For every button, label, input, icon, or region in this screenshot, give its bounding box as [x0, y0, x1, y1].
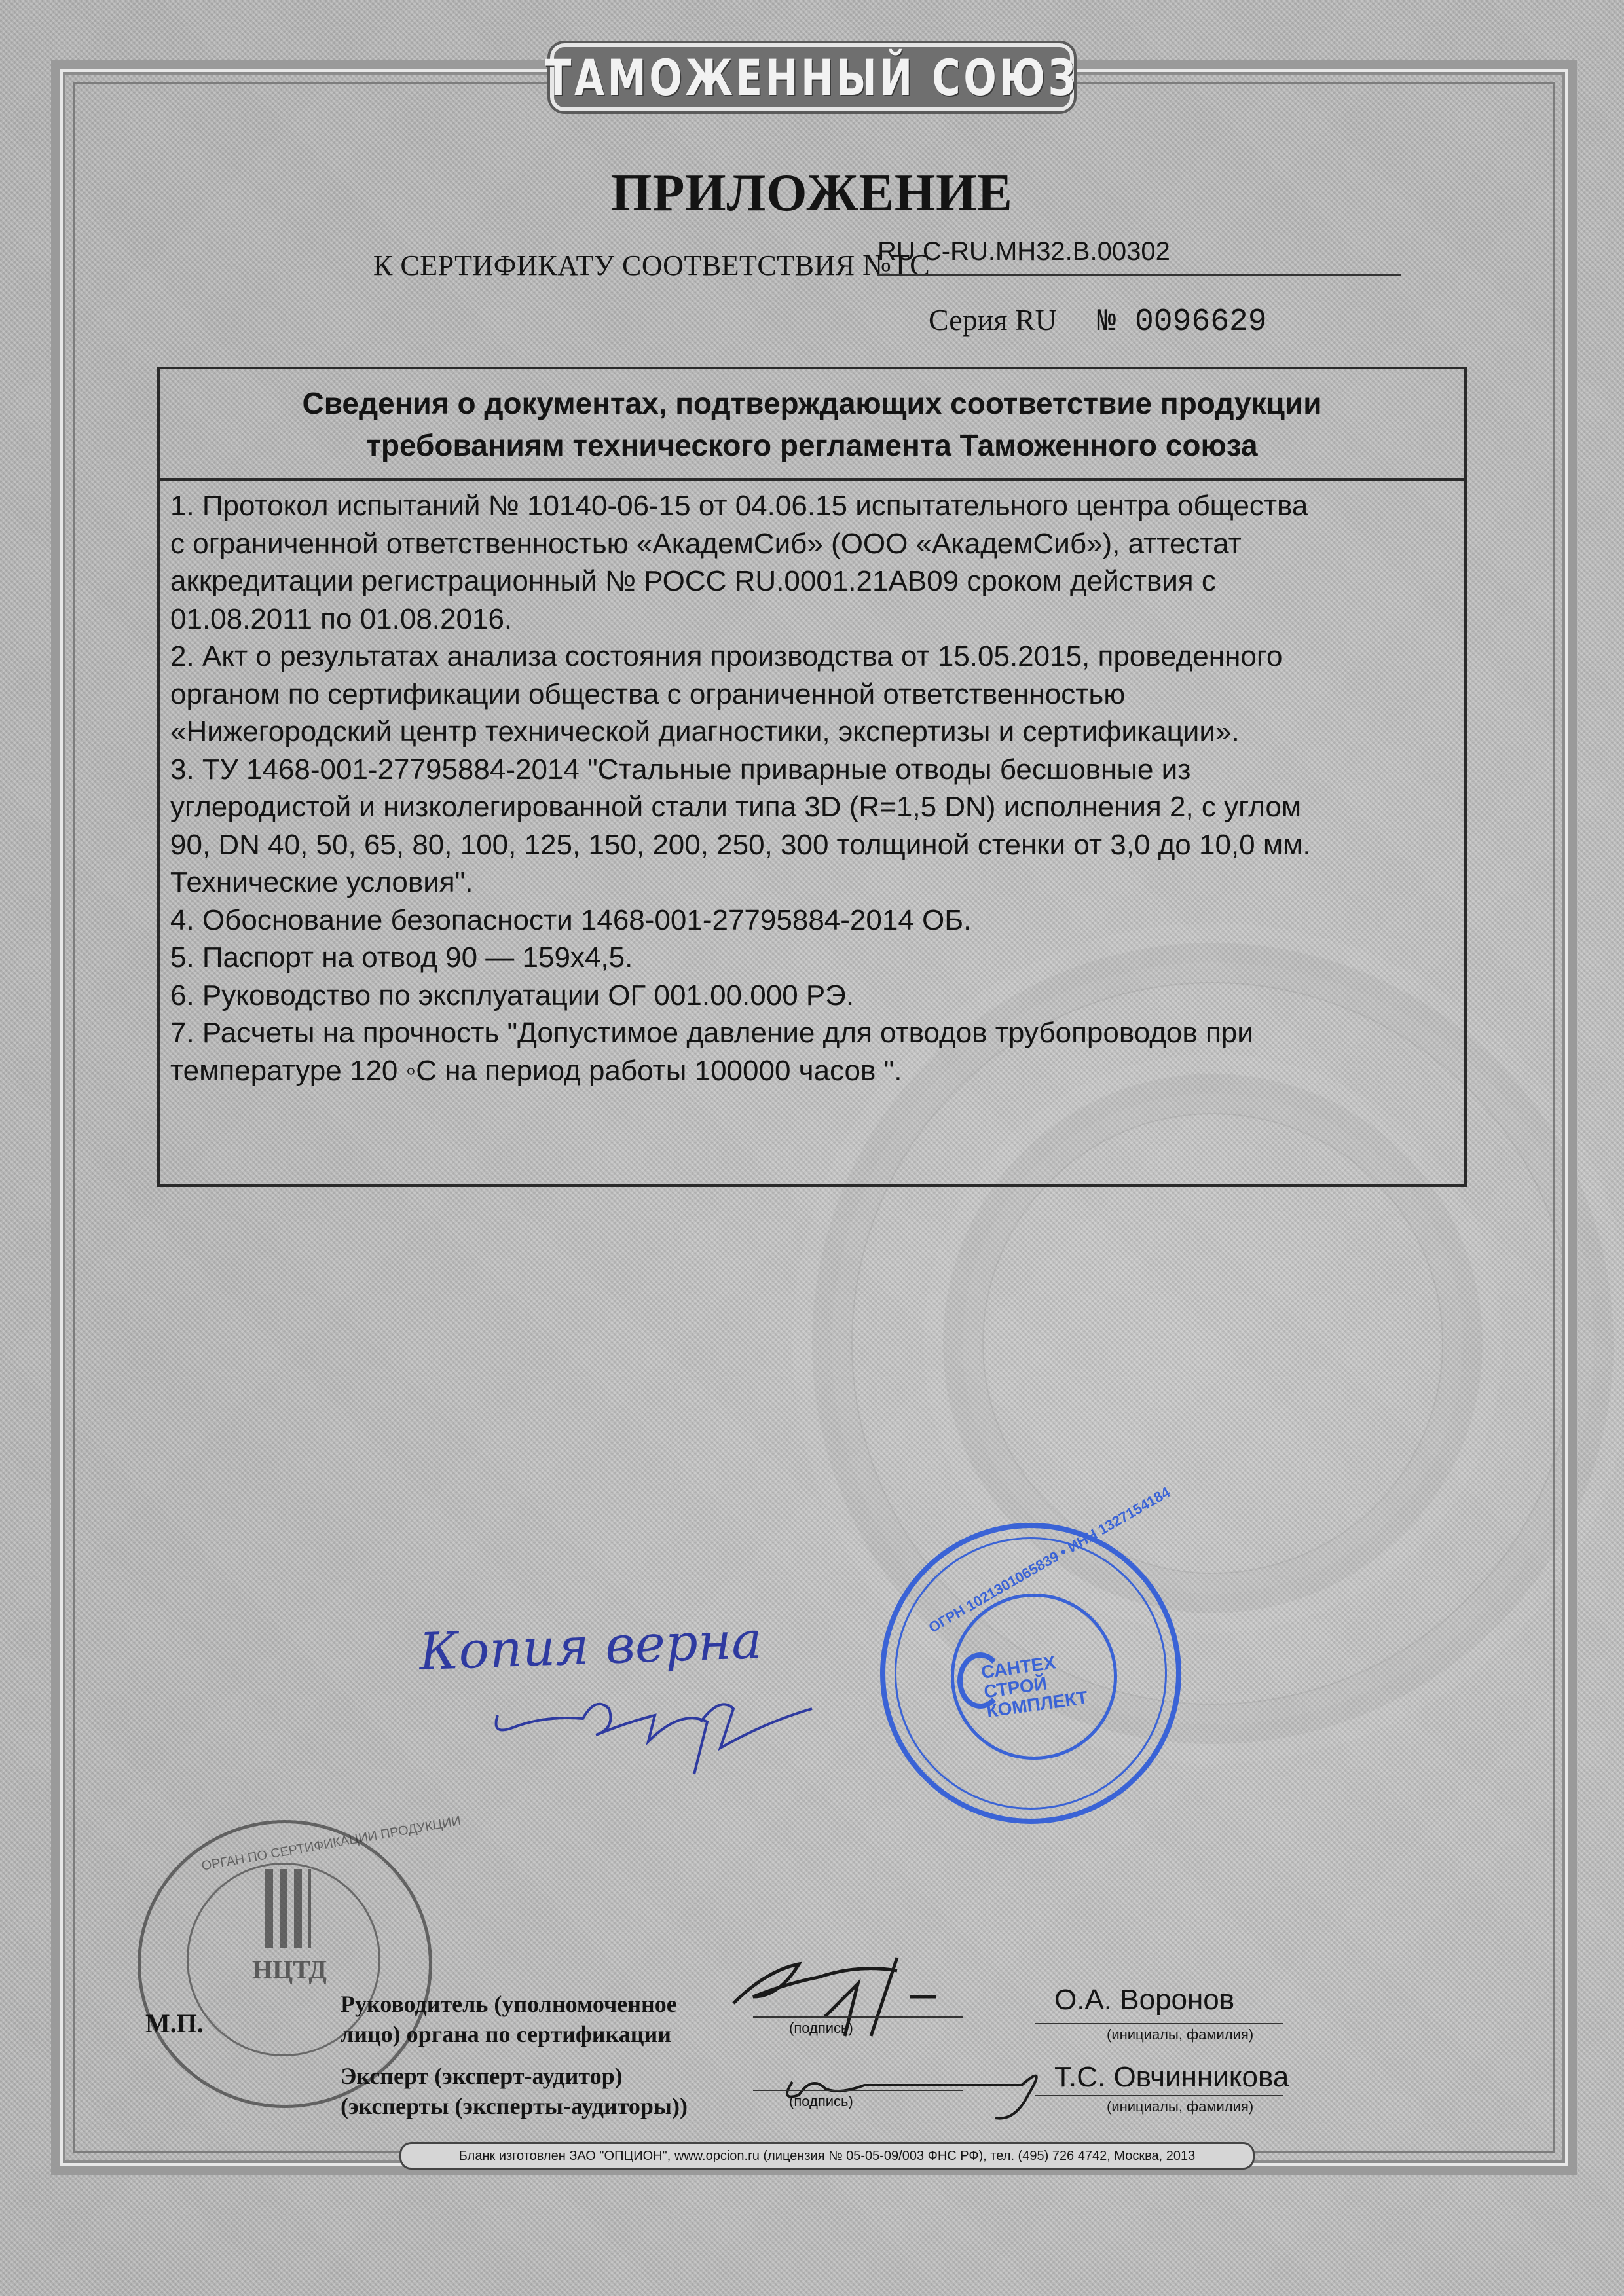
handwritten-signature-icon: [485, 1683, 825, 1787]
head-name: О.А. Воронов: [1054, 1984, 1234, 2016]
customs-union-banner: ТАМОЖЕННЫЙ СОЮЗ: [550, 43, 1074, 111]
table-body: 1. Протокол испытаний № 10140-06-15 от 0…: [160, 481, 1464, 1089]
table-heading-line2: требованиям технического регламента Тамо…: [160, 424, 1464, 466]
blank-number: № 0096629: [1097, 304, 1266, 340]
expert-label: Эксперт (эксперт-аудитор) (эксперты (экс…: [341, 2061, 688, 2121]
document-line: температуре 120 ◦С на период работы 1000…: [170, 1052, 1454, 1090]
banner-text: ТАМОЖЕННЫЙ СОЮЗ: [545, 48, 1079, 107]
table-heading-line1: Сведения о документах, подтверждающих со…: [160, 382, 1464, 424]
series-label: Серия: [929, 303, 1007, 337]
seal-emblem-icon: [265, 1869, 311, 1948]
document-line: 7. Расчеты на прочность "Допустимое давл…: [170, 1014, 1454, 1052]
document-line: 90, DN 40, 50, 65, 80, 100, 125, 150, 20…: [170, 826, 1454, 864]
document-line: с ограниченной ответственностью «АкадемС…: [170, 525, 1454, 563]
head-label: Руководитель (уполномоченное лицо) орган…: [341, 1989, 677, 2049]
footer-text: Бланк изготовлен ЗАО "ОПЦИОН", www.opcio…: [459, 2149, 1195, 2164]
document-line: 6. Руководство по эксплуатации ОГ 001.00…: [170, 977, 1454, 1015]
head-signature-icon: [727, 1944, 1002, 2043]
page-title: ПРИЛОЖЕНИЕ: [0, 164, 1624, 223]
document-line: органом по сертификации общества с огран…: [170, 676, 1454, 714]
seal-abbreviation: НЦТД: [252, 1954, 327, 1985]
document-line: углеродистой и низколегированной стали т…: [170, 788, 1454, 826]
signature-line: [753, 2090, 963, 2091]
document-line: «Нижегородский центр технической диагнос…: [170, 713, 1454, 751]
certificate-label: К СЕРТИФИКАТУ СООТВЕТСТВИЯ №ТС: [373, 247, 930, 282]
signature-line: [753, 2016, 963, 2018]
expert-name: Т.С. Овчинникова: [1054, 2061, 1289, 2094]
table-heading: Сведения о документах, подтверждающих со…: [160, 369, 1464, 481]
document-line: 5. Паспорт на отвод 90 — 159х4,5.: [170, 939, 1454, 977]
document-line: 01.08.2011 по 01.08.2016.: [170, 600, 1454, 638]
printer-footer: Бланк изготовлен ЗАО "ОПЦИОН", www.opcio…: [399, 2142, 1255, 2170]
document-line: 2. Акт о результатах анализа состояния п…: [170, 638, 1454, 676]
document-line: Технические условия".: [170, 864, 1454, 902]
company-seal: ОГРН 1021301065839 • ИНН 1327154184 САНТ…: [880, 1523, 1181, 1824]
name-line: [1035, 2095, 1283, 2096]
document-line: 3. ТУ 1468-001-27795884-2014 "Стальные п…: [170, 751, 1454, 789]
series-value: RU: [1015, 303, 1057, 337]
signature-caption: (подпись): [789, 2093, 853, 2110]
name-caption: (инициалы, фамилия): [1107, 2098, 1253, 2115]
handwritten-note: Копия верна: [418, 1611, 763, 1682]
name-line: [1035, 2023, 1283, 2024]
signature-caption: (подпись): [789, 2020, 853, 2037]
document-line: 1. Протокол испытаний № 10140-06-15 от 0…: [170, 487, 1454, 525]
certificate-number: RU C-RU.МН32.В.00302: [877, 237, 1401, 276]
document-line: аккредитации регистрационный № РОСС RU.0…: [170, 562, 1454, 600]
expert-signature-icon: [773, 2056, 1048, 2121]
name-caption: (инициалы, фамилия): [1107, 2026, 1253, 2043]
series-line: Серия RU № 0096629: [929, 302, 1267, 340]
certificate-label-text: К СЕРТИФИКАТУ СООТВЕТСТВИЯ: [373, 249, 855, 282]
seal-place-label: М.П.: [145, 2008, 204, 2039]
documents-table: Сведения о документах, подтверждающих со…: [157, 367, 1467, 1187]
document-line: 4. Обоснование безопасности 1468-001-277…: [170, 902, 1454, 939]
